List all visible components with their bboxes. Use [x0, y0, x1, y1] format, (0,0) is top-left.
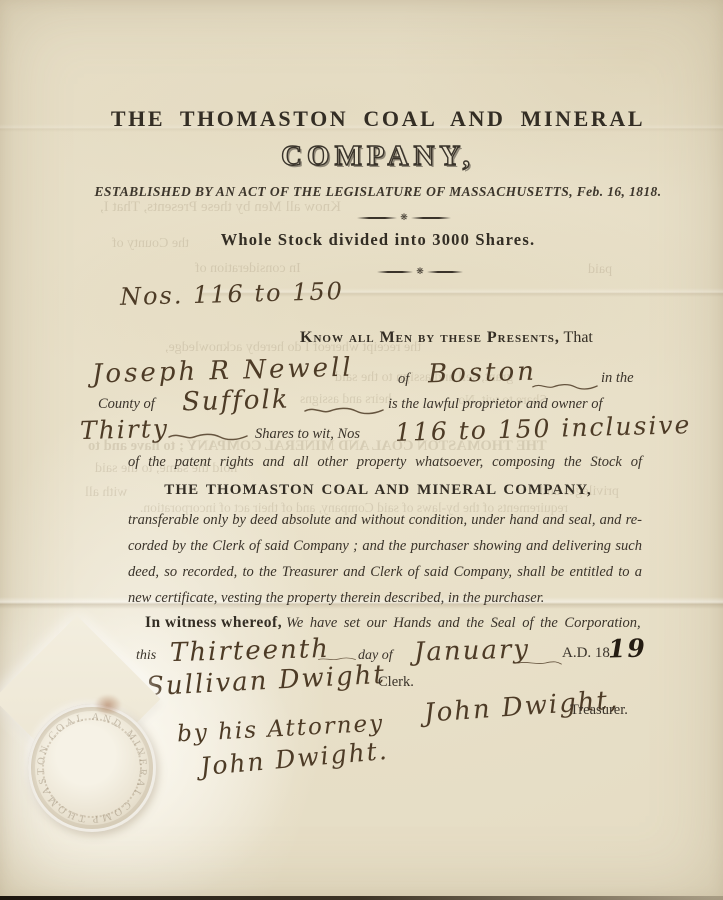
share-numbers-entry: Nos. 116 to 150: [120, 277, 345, 311]
witness-body: We have set our Hands and the Seal of th…: [286, 615, 640, 631]
witness-line: In witness whereof, We have set our Hand…: [145, 614, 641, 632]
scan-edge-shadow: [0, 896, 723, 900]
embossed-seal: THOMASTON COAL AND MINERAL COMPANY: [28, 704, 156, 832]
composing-line: of the patent rights and all other prope…: [128, 454, 642, 471]
divider-ornament-icon: ❋: [416, 267, 424, 276]
flourish-stroke: [302, 404, 386, 416]
divider-rule: ❋: [357, 213, 451, 222]
divider-ornament-icon: ❋: [400, 213, 408, 222]
divider-line: [377, 271, 413, 273]
residence-entry: Boston: [428, 357, 538, 390]
share-count-entry: Thirty: [80, 414, 170, 445]
owner-name-entry: Joseph R Newell: [92, 353, 354, 390]
opening-that: That: [564, 329, 593, 346]
seal-smudge: [94, 694, 122, 716]
of-label: of: [398, 371, 409, 388]
flourish-stroke: [518, 658, 562, 668]
witness-lead: In witness whereof,: [145, 614, 282, 631]
company-name-line: THE THOMASTON COAL AND MINERAL COMPANY,: [33, 482, 723, 499]
company-title-line2: COMPANY,: [33, 140, 723, 173]
opening-smallcaps: Know all Men by these Presents,: [300, 329, 560, 346]
in-the-label: in the: [601, 370, 634, 387]
divider-rule: ❋: [377, 267, 463, 276]
terms-line: new certificate, vesting the property th…: [128, 590, 642, 607]
county-entry: Suffolk: [182, 385, 290, 418]
month-entry: January: [414, 634, 531, 667]
company-title-line1: THE THOMASTON COAL AND MINERAL: [33, 106, 723, 132]
to-wit-label: Shares to wit, Nos: [255, 426, 360, 443]
terms-line: transferable only by deed absolute and w…: [128, 512, 642, 529]
bleedthrough-text: In consideration of: [195, 261, 301, 277]
established-line: ESTABLISHED BY AN ACT OF THE LEGISLATURE…: [33, 184, 723, 200]
flourish-stroke: [532, 380, 598, 392]
divider-line: [427, 271, 463, 273]
divider-line: [411, 217, 451, 219]
seal-inner-ring: [42, 718, 142, 818]
share-range-entry: 116 to 150 inclusive: [395, 410, 692, 447]
year-entry: 19: [608, 633, 648, 663]
bleedthrough-text: Know all Men by these Presents, That I,: [100, 199, 341, 216]
divider-line: [357, 217, 397, 219]
terms-line: corded by the Clerk of said Company ; an…: [128, 538, 642, 555]
this-label: this: [136, 648, 156, 664]
terms-line: deed, so recorded, to the Treasurer and …: [128, 564, 642, 581]
flourish-stroke: [168, 430, 248, 442]
ad-label: A.D. 18: [562, 645, 610, 662]
proprietor-clause: is the lawful proprietor and owner of: [388, 396, 603, 413]
county-label: County of: [98, 396, 155, 413]
treasurer-title-label: Treasurer.: [570, 702, 628, 719]
opening-line: Know all Men by these Presents, That: [300, 329, 593, 347]
certificate-scan: Know all Men by these Presents, That I, …: [0, 0, 723, 900]
clerk-title-label: Clerk.: [378, 674, 414, 691]
stock-division-line: Whole Stock divided into 3000 Shares.: [33, 230, 723, 250]
bleedthrough-text: paid: [588, 262, 612, 278]
